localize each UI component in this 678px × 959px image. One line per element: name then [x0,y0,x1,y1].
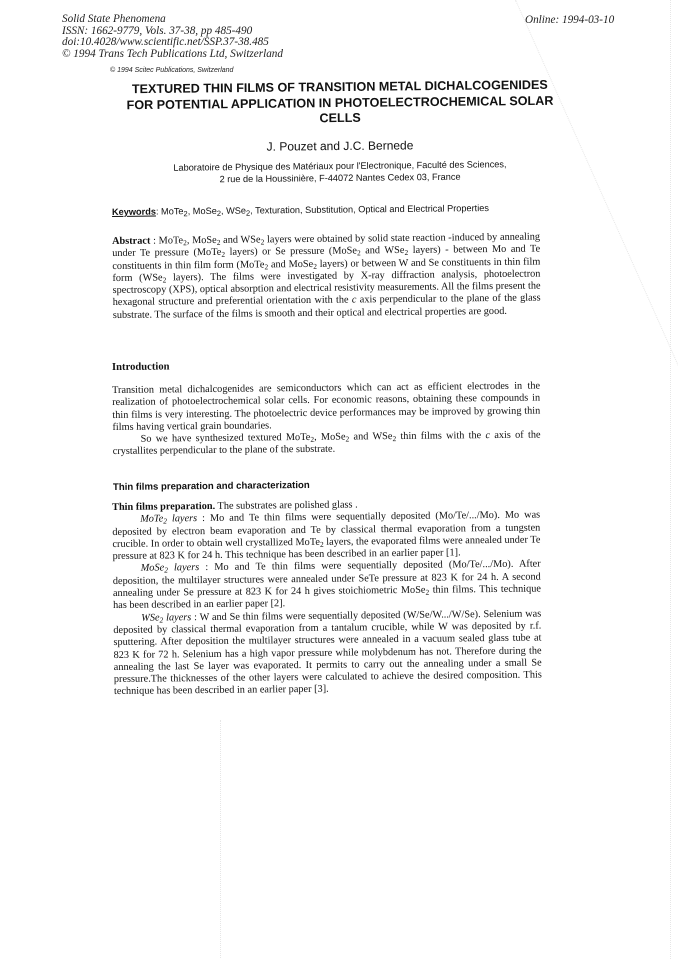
intro-paragraph-1: Transition metal dichalcogenides are sem… [112,381,540,435]
abstract-text: and WSe [361,245,405,256]
abstract-text: : MoTe [150,235,183,246]
kw-text: MoTe [161,206,184,216]
text: So we have synthesized textured MoTe [141,432,311,445]
text: MoTe [140,514,163,525]
doi-line: doi:10.4028/www.scientific.net/SSP.37-38… [62,37,283,49]
mote2-label: MoTe2 layers [140,513,197,525]
thin-films-preparation-body: Thin films preparation. The substrates a… [112,498,542,699]
introduction-body: Transition metal dichalcogenides are sem… [112,381,541,459]
abstract-text: , MoSe [187,235,217,246]
text: , MoSe [314,432,346,443]
abstract-text: and MoSe [268,258,313,269]
text: WSe [141,612,159,623]
abstract-text: and WSe [220,234,260,245]
watermark-line [670,0,671,959]
copyright-line: © 1994 Trans Tech Publications Ltd, Swit… [62,49,283,61]
text: MoSe [141,563,165,574]
kw-text: , Texturation, Substitution, Optical and… [250,203,489,216]
mose2-label: MoSe2 layers [141,563,200,575]
prep-label: Thin films preparation. [112,501,215,513]
scitec-copyright: © 1994 Scitec Publications, Switzerland [110,67,233,74]
keywords-label: Keywords [112,207,156,217]
abstract-label: Abstract [112,236,150,247]
affiliation: Laboratoire de Physique des Matériaux po… [100,157,580,186]
journal-name: Solid State Phenomena [62,14,283,26]
watermark-line [220,720,221,959]
mote2-paragraph: MoTe2 layers : Mo and Te thin films were… [112,510,540,564]
paper-title: TEXTURED THIN FILMS OF TRANSITION METAL … [100,77,580,129]
text: layers [163,612,191,623]
text: layers [168,563,199,574]
journal-header: Solid State Phenomena ISSN: 1662-9779, V… [62,14,283,60]
text: layers [167,513,197,524]
text: The substrates are polished glass . [215,499,358,511]
text: and WSe [349,431,392,442]
mose2-paragraph: MoSe2 layers : Mo and Te thin films were… [113,559,541,613]
wse2-paragraph: WSe2 layers : W and Se thin films were s… [113,608,542,699]
text: thin films with the [396,430,485,442]
authors: J. Pouzet and J.C. Bernede [100,137,580,155]
keywords: Keywords: MoTe2, MoSe2, WSe2, Texturatio… [112,202,562,217]
online-date: Online: 1994-03-10 [525,14,614,26]
abstract-text: layers) or Se pressure (MoSe [225,246,357,258]
intro-paragraph-2: So we have synthesized textured MoTe2, M… [113,430,541,459]
kw-text: , WSe [221,206,246,216]
abstract: Abstract : MoTe2, MoSe2 and WSe2 layers … [112,232,541,323]
section-heading-introduction: Introduction [112,361,170,373]
kw-text: , MoSe [188,206,217,216]
wse2-label: WSe2 layers [141,612,191,624]
section-heading-thin-films: Thin films preparation and characterizat… [113,480,310,493]
